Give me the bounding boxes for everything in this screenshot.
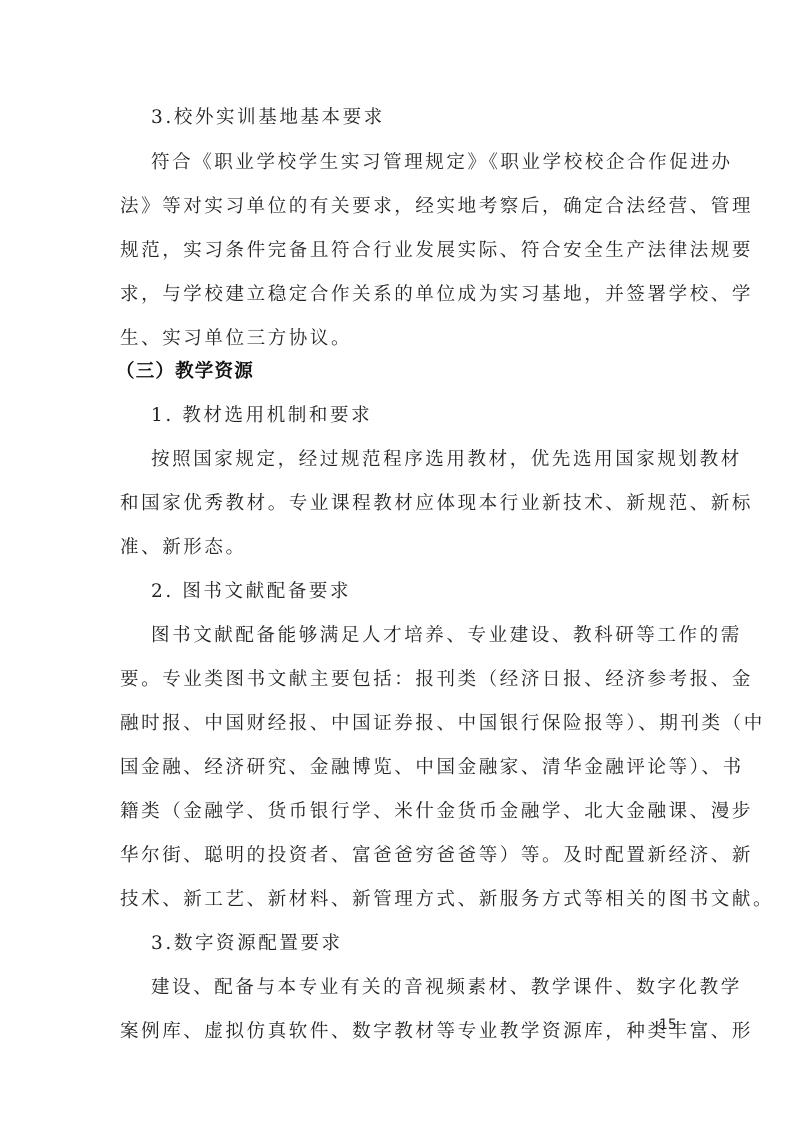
paragraph-line: 图书文献配备能够满足人才培养、专业建设、教科研等工作的需 (151, 624, 742, 648)
paragraph-line: 华尔街、聪明的投资者、富爸爸穷爸爸等）等。及时配置新经济、新 (120, 844, 753, 868)
section-heading-teaching-resources: （三）教学资源 (116, 360, 254, 384)
paragraph-line: 符合《职业学校学生实习管理规定》《职业学校校企合作促进办 (151, 151, 733, 175)
paragraph-line: 融时报、中国财经报、中国证券报、中国银行保险报等）、期刊类（中 (120, 712, 765, 736)
paragraph-line: 技术、新工艺、新材料、新管理方式、新服务方式等相关的图书文献。 (120, 888, 774, 912)
paragraph-line: 准、新形态。 (120, 536, 247, 560)
paragraph-line: 法》等对实习单位的有关要求，经实地考察后，确定合法经营、管理 (120, 195, 753, 219)
paragraph-line: 求，与学校建立稳定合作关系的单位成为实习基地，并签署学校、学 (120, 283, 753, 307)
paragraph-line: 规范，实习条件完备且符合行业发展实际、符合安全生产法律法规要 (120, 239, 753, 263)
paragraph-line: 生、实习单位三方协议。 (120, 327, 352, 351)
paragraph-line: 按照国家规定，经过规范程序选用教材，优先选用国家规划教材 (151, 448, 742, 472)
subheading-library-requirements: 2. 图书文献配备要求 (151, 580, 351, 604)
subheading-digital-resources: 3.数字资源配置要求 (151, 932, 343, 956)
paragraph-line: 和国家优秀教材。专业课程教材应体现本行业新技术、新规范、新标 (120, 492, 753, 516)
paragraph-line: 要。专业类图书文献主要包括：报刊类（经济日报、经济参考报、金 (120, 668, 753, 692)
page-number: 15 (659, 1017, 677, 1033)
paragraph-line: 国金融、经济研究、金融博览、中国金融家、清华金融评论等）、书 (120, 756, 744, 780)
paragraph-line: 籍类（金融学、货币银行学、米什金货币金融学、北大金融课、漫步 (120, 800, 753, 824)
subheading-off-campus-training-base: 3.校外实训基地基本要求 (151, 106, 385, 130)
paragraph-line: 建设、配备与本专业有关的音视频素材、教学课件、数字化教学 (151, 976, 742, 1000)
subheading-textbook-selection: 1. 教材选用机制和要求 (151, 404, 372, 428)
